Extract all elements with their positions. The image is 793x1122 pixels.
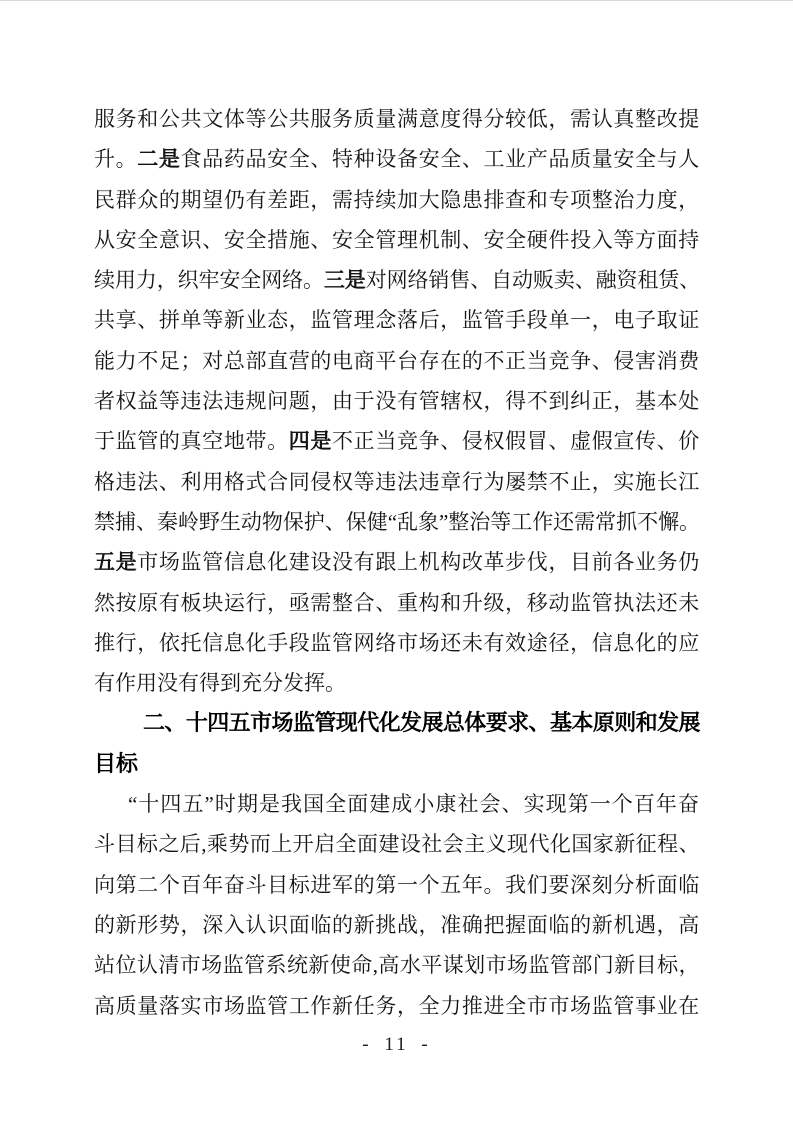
- text-line: 能力不足；对总部直营的电商平台存在的不正当竞争、侵害消费: [94, 341, 700, 381]
- emphasis-text: 二是: [137, 147, 180, 171]
- run-text: 食品药品安全、特种设备安全、工业产品质量安全与人: [181, 147, 700, 171]
- text-line: 的新形势，深入认识面临的新挑战，准确把握面临的新机遇，高: [94, 905, 700, 945]
- run-text: 不正当竞争、侵权假冒、虚假宣传、价: [332, 429, 700, 453]
- run-text: 升。: [94, 147, 137, 171]
- emphasis-text: 五是: [94, 550, 137, 574]
- run-text: “十四五”时期是我国全面建成小康社会、实现第一个百年奋: [128, 792, 700, 816]
- run-text: 站位认清市场监管系统新使命,高水平谋划市场监管部门新目标，: [94, 953, 700, 977]
- text-line: 续用力，织牢安全网络。三是对网络销售、自动贩卖、融资租赁、: [94, 260, 700, 300]
- run-text: 二、十四五市场监管现代化发展总体要求、基本原则和发展: [143, 710, 700, 735]
- text-line: 禁捕、秦岭野生动物保护、保健“乱象”整治等工作还需常抓不懈。: [94, 502, 700, 542]
- text-line: 民群众的期望仍有差距，需持续加大隐患排查和专项整治力度，: [94, 180, 700, 220]
- text-line: 于监管的真空地带。四是不正当竞争、侵权假冒、虚假宣传、价: [94, 421, 700, 461]
- run-text: 高质量落实市场监管工作新任务，全力推进全市市场监管事业在: [94, 994, 700, 1018]
- run-text: 民群众的期望仍有差距，需持续加大隐患排查和专项整治力度，: [94, 188, 700, 212]
- run-text: 然按原有板块运行，亟需整合、重构和升级，移动监管执法还未: [94, 591, 700, 615]
- emphasis-text: 四是: [289, 429, 332, 453]
- text-line: 站位认清市场监管系统新使命,高水平谋划市场监管部门新目标，: [94, 945, 700, 985]
- run-text: 于监管的真空地带。: [94, 429, 289, 453]
- document-page: 服务和公共文体等公共服务质量满意度得分较低，需认真整改提升。二是食品药品安全、特…: [0, 0, 793, 1122]
- emphasis-text: 三是: [324, 268, 366, 292]
- run-text: 有作用没有得到充分发挥。: [94, 671, 346, 695]
- text-line: 升。二是食品药品安全、特种设备安全、工业产品质量安全与人: [94, 139, 700, 179]
- section-heading-line: 二、十四五市场监管现代化发展总体要求、基本原则和发展: [94, 703, 700, 743]
- run-text: 的新形势，深入认识面临的新挑战，准确把握面临的新机遇，高: [94, 913, 700, 937]
- text-line: 从安全意识、安全措施、安全管理机制、安全硬件投入等方面持: [94, 220, 700, 260]
- run-text: 斗目标之后,乘势而上开启全面建设社会主义现代化国家新征程、: [94, 832, 700, 856]
- text-line: 者权益等违法违规问题，由于没有管辖权，得不到纠正，基本处: [94, 381, 700, 421]
- document-body: 服务和公共文体等公共服务质量满意度得分较低，需认真整改提升。二是食品药品安全、特…: [94, 99, 700, 1026]
- run-text: 服务和公共文体等公共服务质量满意度得分较低，需认真整改提: [94, 107, 700, 131]
- run-text: 推行，依托信息化手段监管网络市场还未有效途径，信息化的应: [94, 631, 700, 655]
- text-line: 服务和公共文体等公共服务质量满意度得分较低，需认真整改提: [94, 99, 700, 139]
- text-line: 斗目标之后,乘势而上开启全面建设社会主义现代化国家新征程、: [94, 824, 700, 864]
- section-heading-line: 目标: [94, 744, 700, 784]
- run-text: 向第二个百年奋斗目标进军的第一个五年。我们要深刻分析面临: [94, 873, 700, 897]
- run-text: 对网络销售、自动贩卖、融资租赁、: [366, 268, 700, 292]
- run-text: 共享、拼单等新业态，监管理念落后，监管手段单一，电子取证: [94, 308, 700, 332]
- run-text: 市场监管信息化建设没有跟上机构改革步伐，目前各业务仍: [137, 550, 700, 574]
- run-text: 续用力，织牢安全网络。: [94, 268, 324, 292]
- run-text: 格违法、利用格式合同侵权等违法违章行为屡禁不止，实施长江: [94, 470, 700, 494]
- run-text: 目标: [94, 751, 138, 776]
- text-line: 共享、拼单等新业态，监管理念落后，监管手段单一，电子取证: [94, 300, 700, 340]
- text-line: 五是市场监管信息化建设没有跟上机构改革步伐，目前各业务仍: [94, 542, 700, 582]
- run-text: 能力不足；对总部直营的电商平台存在的不正当竞争、侵害消费: [94, 349, 700, 373]
- text-line: 向第二个百年奋斗目标进军的第一个五年。我们要深刻分析面临: [94, 865, 700, 905]
- run-text: 者权益等违法违规问题，由于没有管辖权，得不到纠正，基本处: [94, 389, 700, 413]
- text-line: 推行，依托信息化手段监管网络市场还未有效途径，信息化的应: [94, 623, 700, 663]
- text-line: “十四五”时期是我国全面建成小康社会、实现第一个百年奋: [94, 784, 700, 824]
- text-line: 格违法、利用格式合同侵权等违法违章行为屡禁不止，实施长江: [94, 462, 700, 502]
- run-text: 从安全意识、安全措施、安全管理机制、安全硬件投入等方面持: [94, 228, 700, 252]
- run-text: 禁捕、秦岭野生动物保护、保健“乱象”整治等工作还需常抓不懈。: [94, 510, 700, 534]
- text-line: 有作用没有得到充分发挥。: [94, 663, 700, 703]
- text-line: 然按原有板块运行，亟需整合、重构和升级，移动监管执法还未: [94, 583, 700, 623]
- text-line: 高质量落实市场监管工作新任务，全力推进全市市场监管事业在: [94, 986, 700, 1026]
- page-number: - 11 -: [0, 1034, 793, 1056]
